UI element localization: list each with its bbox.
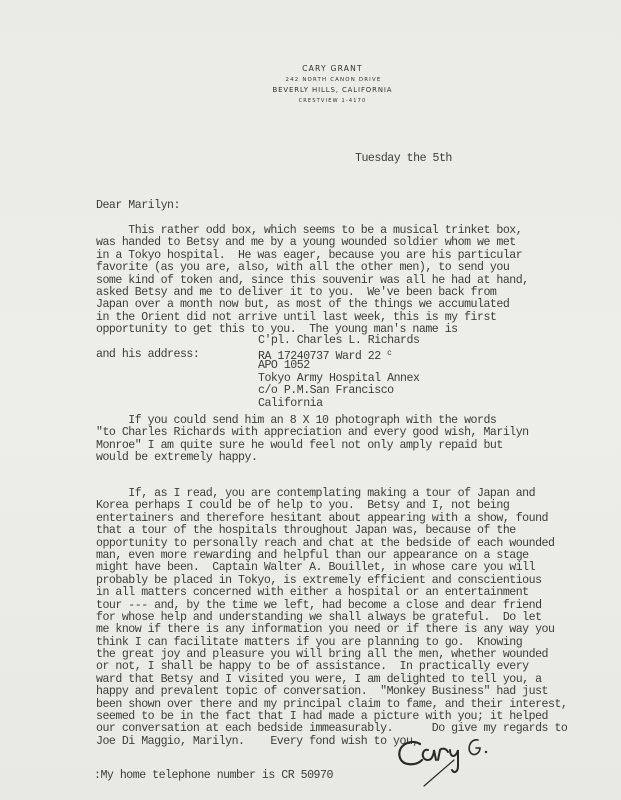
- text-line: "to Charles Richards with appreciation a…: [96, 427, 529, 439]
- text-line: was handed to Betsy and me by a young wo…: [96, 237, 529, 249]
- text-line: or not, I shall be happy to be of assist…: [96, 661, 567, 673]
- letter-date: Tuesday the 5th: [355, 152, 452, 165]
- text-line: would be extremely happy.: [96, 452, 529, 464]
- paragraph-2: If you could send him an 8 X 10 photogra…: [96, 415, 529, 465]
- text-line: Korea perhaps I could be of help to you.…: [96, 500, 567, 512]
- text-line: me know if there is any information you …: [96, 624, 567, 636]
- letter-page: Cary Grant 242 North Canon Drive Beverly…: [0, 0, 621, 800]
- letterhead: Cary Grant 242 North Canon Drive Beverly…: [0, 64, 621, 104]
- ward-suffix: c: [387, 349, 391, 358]
- paragraph-1: This rather odd box, which seems to be a…: [96, 225, 529, 337]
- recipient-address: C'pl. Charles L. Richards RA 17240737 Wa…: [258, 335, 419, 411]
- salutation: Dear Marilyn:: [96, 199, 180, 212]
- address-line: C'pl. Charles L. Richards: [258, 335, 419, 348]
- text-line: that a tour of the hospitals throughout …: [96, 525, 567, 537]
- letterhead-phone: Crestview 1-4170: [44, 98, 621, 104]
- paragraph-3: If, as I read, you are contemplating mak…: [96, 488, 567, 748]
- footer-note: :My home telephone number is CR 50970: [94, 769, 333, 782]
- signature-icon: Cary G.: [392, 730, 502, 790]
- address-label: and his address:: [96, 348, 199, 361]
- text-line: favorite (as you are, also, with all the…: [96, 262, 529, 274]
- text-line: happy and prevalent topic of conversatio…: [96, 686, 567, 698]
- text-line: Japan over a month now but, as most of t…: [96, 299, 529, 311]
- letterhead-address: 242 North Canon Drive: [46, 77, 621, 83]
- text-line: in all matters concerned with either a h…: [96, 587, 567, 599]
- letterhead-city: Beverly Hills, California: [44, 86, 621, 94]
- text-line: might have been. Captain Walter A. Bouil…: [96, 562, 567, 574]
- address-line: California: [258, 398, 419, 411]
- letterhead-name: Cary Grant: [44, 64, 621, 73]
